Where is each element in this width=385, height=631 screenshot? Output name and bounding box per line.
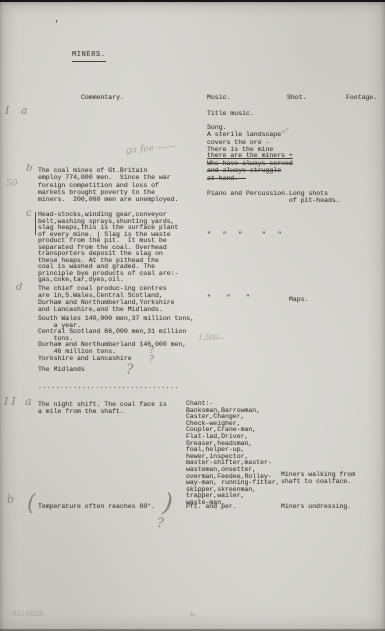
song-lines-struck-out: Who have always served and always strugg… [207,160,293,182]
page-number: 1. [190,611,197,618]
song-line-underlined: there are the miners + [207,152,293,159]
shot-miners-walking: Miners walking from shaft to coalface. [281,472,355,485]
pencil-question-mark-yorkshire: ? [149,355,154,365]
margin-mark-d: d [16,282,22,293]
commentary-coal-mines: The coal mines of Gt.Britain employ 774,… [38,167,178,203]
commentary-coal-centres: The chief coal produc-ing centres are in… [38,285,175,313]
ditto-marks-shot-c: " " [262,231,282,238]
photo-edge-top [0,0,385,2]
ditto-marks-music-c: " " " [207,231,242,238]
margin-mark-section-1a: I a [5,104,31,117]
pencil-note-figures: 1,500— [198,334,225,342]
shot-miners-undressing: Miners undressing. [281,503,351,510]
margin-mark-c: c [26,208,32,219]
commentary-the-midlands: The Midlands [38,366,85,373]
archive-stamp-number: 9310828 [12,610,43,618]
commentary-temperature: Temperature often reaches 80°. [38,503,155,510]
pencil-margin-line [35,212,36,235]
music-title-music: Title music. [207,110,254,117]
pencil-check-mark: ✓ [279,123,290,137]
column-header-commentary: Commentary. [81,94,124,101]
song-lyrics: Song. A sterile landscape covers the ore… [207,124,281,153]
column-header-music: Music. [207,94,230,101]
shot-maps: Maps. [289,296,309,303]
stray-type-mark: ' [54,21,59,28]
margin-mark-b: b [26,163,32,174]
commentary-surface-plant: Head-stocks,winding gear,conveyor belt,w… [38,212,178,284]
pencil-paren-close: ) [162,488,175,518]
column-header-footage: Footage. [346,94,377,101]
commentary-regional-statistics: South Wales 140,000 men,37 million tons,… [38,316,194,362]
pencil-annotation-illegible: ga fee —— [126,142,176,156]
margin-mark-section-2a: II a [4,395,35,408]
music-chant-job-names: Chant:- Banksman,Barrowman, Caster,Chang… [186,401,280,507]
typescript-scan-page: ' MINERS. Commentary. Music. Shot. Foota… [0,0,385,631]
dotted-divider: ................................ [38,383,179,390]
ditto-marks-music-d: " " " [207,294,250,301]
pencil-question-mark-midlands: ? [126,362,134,378]
commentary-night-shift: The night shift. The coal face is a mile… [38,401,167,415]
pencil-question-mark-bottom: ? [157,516,164,531]
music-pft-and-per: Pft. and per. [186,503,237,510]
music-piano-percussion: Piano and Percussion. [207,190,289,197]
shot-long-shots-pitheads: Long shots of pit-heads. [289,190,340,204]
column-header-shot: Shot. [287,94,307,101]
margin-mark-b2: b [7,493,14,506]
page-title: MINERS. [72,52,106,62]
margin-pencil-number: 50 [6,179,17,189]
pencil-paren-open: ( [27,491,36,516]
